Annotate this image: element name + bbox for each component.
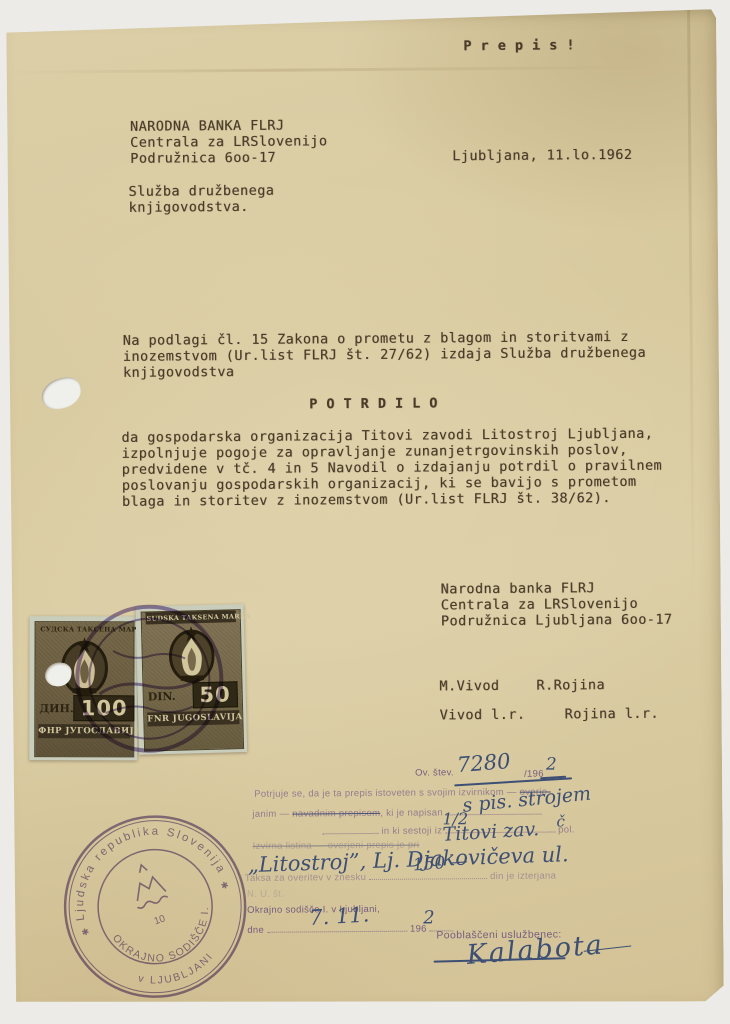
document-paper: P r e p i s ! NARODNA BANKA FLRJ Central… [4,9,724,1007]
court-seal-name-text: OKRAJNO SODIŠČE I. [109,902,224,979]
cert-line-6-label: Taksa za overitev v znesku [245,872,366,884]
copy-label: P r e p i s ! [463,38,575,55]
cert-line-2-struck: navadnim prepisom [292,808,380,820]
signatory-lr-left: Vivod l.r. [440,708,526,725]
date-year-handwritten: 2 [423,907,435,928]
torn-hole [38,374,84,412]
cert-line-6: Taksa za overitev v znesku din je izterj… [245,869,556,884]
amount-handwritten: 150 — [412,851,468,875]
svg-text:OKRAJNO SODIŠČE I.: OKRAJNO SODIŠČE I. [109,902,224,979]
cert-line-3-leader-a [322,824,378,834]
ov-underline [454,777,572,786]
department-line-1: Služba družbenega [128,184,274,201]
dateline: Ljubljana, 11.lo.1962 [452,148,632,165]
ov-number-label: Ov. štev. [415,767,454,778]
ov-year-handwritten: 2 [546,754,557,774]
revenue-stamp-100: СУДСКА ТАКСЕНА МАРКА ДИН. 100 ФНР ЈУГОСЛ… [29,616,137,760]
revenue-stamp-50-country: FNR JUGOSLAVIJA [147,710,239,726]
court-seal-star-left: ✱ [80,926,90,938]
date-label: dne [247,925,264,936]
revenue-stamp-50-currency: DIN. [148,689,176,703]
crease-right [687,9,695,604]
sender-line-3: Podružnica 6oo-17 [130,151,276,168]
intro-line-2: inozemstvom (Ur.list FLRJ št. 27/62) izd… [123,346,646,366]
revenue-stamp-100-country: ФНР ЈУГОСЛАВИЈА [38,724,130,738]
revenue-stamp-50: SUDSKA TAKSENA MARKA DIN. 50 FNR JUGOSLA… [135,604,247,755]
court-seal-emblem-icon [125,860,168,909]
revenue-stamp-100-header: СУДСКА ТАКСЕНА МАРКА [39,622,129,634]
signatory-name-right: R.Rojina [536,678,605,694]
court-seal-number: 10 [153,913,167,927]
date-handwritten: 7. 11. [309,902,370,930]
issuer-line-3: Podružnica Ljubljana 6oo-17 [441,613,673,631]
cert-line-2-start: janim — [252,809,292,820]
cert-line-7: N. U. št. [247,889,284,900]
holder-handwritten-1: Titovi zav. [442,818,540,846]
crease-top [5,65,717,74]
svg-text:v LJUBLJANI: v LJUBLJANI [134,948,220,996]
document-title: P O T R D I L O [309,396,438,413]
ov-number-handwritten: 7280 [456,749,511,777]
signatory-name-left: M.Vivod [439,679,499,695]
coat-of-arms-icon [162,624,221,685]
cert-line-3-label: in ki sestoji iz [381,825,442,836]
sheets-suffix-handwritten: č [556,812,565,830]
court-seal-icon: Ljudska republika Slovenija OKRAJNO SODI… [35,786,275,1024]
revenue-stamp-100-value: 100 [74,695,135,721]
cert-line-6-suffix: din je izterjana [490,871,556,883]
body-line-5: blaga in storitev z inozemstvom (Ur.list… [122,491,611,511]
department-line-2: knjigovodstva. [129,200,249,217]
intro-line-3: knjigovodstva [123,365,235,382]
revenue-stamp-50-value: 50 [192,681,238,708]
cert-line-2-end: , ki je napisan [380,807,443,818]
revenue-stamp-100-currency: ДИН. [39,702,73,715]
court-seal-ring-text: Ljudska republika Slovenija [53,804,228,923]
revenue-stamp-50-header: SUDSKA TAKSENA MARKA [146,610,236,624]
signatory-lr-right: Rojina l.r. [565,707,659,724]
court-seal-star-right: ✱ [220,880,230,892]
svg-text:Ljudska republika Slovenija: Ljudska republika Slovenija [53,804,228,923]
court-seal-city-text: v LJUBLJANI [134,948,220,996]
